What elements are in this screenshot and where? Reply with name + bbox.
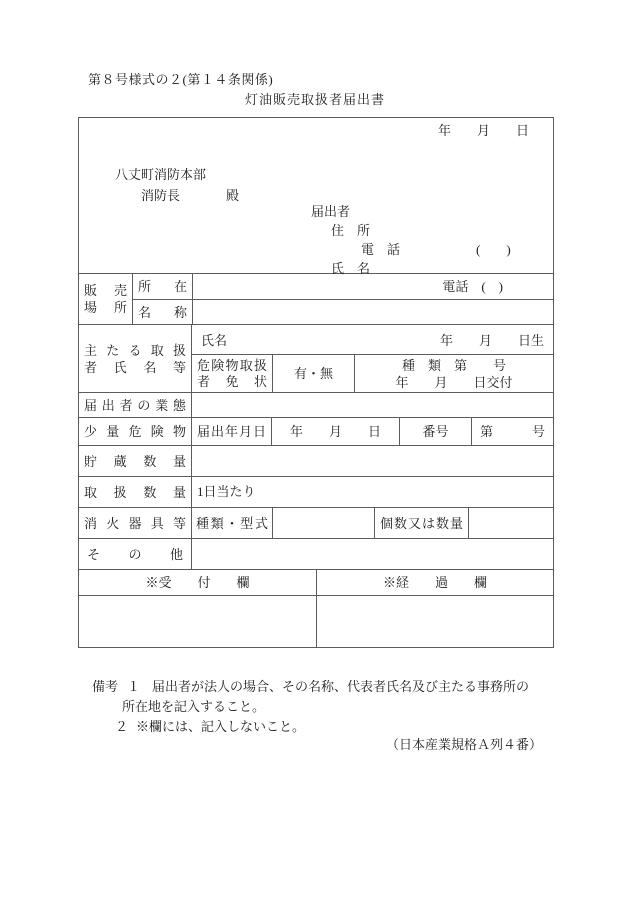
storage-quantity-field xyxy=(191,446,553,476)
page-title: 灯油販売取扱者届出書 xyxy=(78,89,552,108)
license-label-cell: 危険物取扱 者免状 xyxy=(192,355,272,392)
extinguisher-count-field xyxy=(468,508,553,538)
extinguisher-count-label-cell: 個数又は数量 xyxy=(374,508,468,538)
notifier-phone-label: 電 話 xyxy=(361,242,400,257)
report-number-field: 第 号 xyxy=(471,418,553,445)
reception-column-header: ※受 付 欄 xyxy=(79,570,316,595)
fire-extinguisher-row: 消火器具等 種類・型式 個数又は数量 xyxy=(79,507,553,538)
per-day-label: 1日当たり xyxy=(192,484,553,500)
license-detail-cell: 種 類 第 号 年 月 日交付 xyxy=(354,355,553,392)
honorific-dono: 殿 xyxy=(226,188,239,203)
remarks-heading: 備考 xyxy=(92,679,118,694)
office-use-header-row: ※受 付 欄 ※経 過 欄 xyxy=(79,569,553,595)
fire-chief-label: 消防長 xyxy=(141,188,180,203)
remark-1-number: １ xyxy=(127,679,140,694)
location-label-cell: 所在 xyxy=(133,274,192,299)
small-quantity-label: 少量危険物 xyxy=(79,418,191,445)
place-name-label-cell: 名称 xyxy=(133,300,192,324)
handling-quantity-row: 取扱数量 1日当たり xyxy=(79,476,553,507)
handling-quantity-label: 取扱数量 xyxy=(79,477,191,507)
extinguisher-type-label-cell: 種類・型式 xyxy=(191,508,272,538)
fire-extinguisher-label: 消火器具等 xyxy=(79,508,191,538)
business-type-field xyxy=(191,393,553,417)
sales-place-label: 販売 場所 xyxy=(79,274,132,324)
remark-2-number: ２ xyxy=(115,719,128,734)
extinguisher-type-field xyxy=(272,508,374,538)
remarks-block: 備考１届出者が法人の場合、その名称、代表者氏名及び主たる事務所の 所在地を記入す… xyxy=(92,677,558,737)
paper-size-note: （日本産業規格Ａ列４番） xyxy=(78,734,542,753)
report-date-label-cell: 届出年月日 xyxy=(191,418,271,445)
fire-hq-name: 八丈町消防本部 xyxy=(115,166,553,183)
handler-name-label: 氏名 xyxy=(201,330,227,349)
form-page: 第８号様式の２(第１４条関係) 灯油販売取扱者届出書 年 月 日 八丈町消防本部… xyxy=(0,0,630,903)
notification-form-table: 年 月 日 八丈町消防本部 消防長殿 届出者 住 所 電 話( ) 氏 名 販売 xyxy=(78,117,554,648)
progress-column-header: ※経 過 欄 xyxy=(316,570,553,595)
notifier-block: 届出者 住 所 電 話( ) 氏 名 xyxy=(311,202,511,278)
license-presence-cell: 有・無 xyxy=(272,355,354,392)
main-handler-rows: 主たる取扱 者氏名等 氏名 年 月 日生 危険物取扱 者免状 有・無 xyxy=(79,324,553,392)
storage-quantity-row: 貯蔵数量 xyxy=(79,445,553,476)
form-header-cell: 年 月 日 八丈町消防本部 消防長殿 届出者 住 所 電 話( ) 氏 名 xyxy=(79,118,553,273)
handling-quantity-field: 1日当たり xyxy=(191,477,553,507)
remark-item-1-line-2: 所在地を記入すること。 xyxy=(122,697,558,717)
reception-column-field xyxy=(79,596,316,647)
other-label: その他 xyxy=(79,539,191,569)
other-row: その他 xyxy=(79,538,553,569)
storage-quantity-label: 貯蔵数量 xyxy=(79,446,191,476)
notifier-name-label: 氏 名 xyxy=(331,259,511,278)
office-use-body-row xyxy=(79,595,553,647)
report-date-field: 年 月 日 xyxy=(271,418,399,445)
other-field xyxy=(191,539,553,569)
place-name-field xyxy=(192,300,553,324)
remark-item-1-line-1: 備考１届出者が法人の場合、その名称、代表者氏名及び主たる事務所の xyxy=(92,677,558,697)
small-quantity-row: 少量危険物 届出年月日 年 月 日 番号 第 号 xyxy=(79,417,553,445)
main-handler-label: 主たる取扱 者氏名等 xyxy=(79,325,191,392)
notifier-phone-line: 電 話( ) xyxy=(361,240,511,259)
business-type-label: 届出者の業態 xyxy=(79,393,191,417)
handler-name-field: 氏名 年 月 日生 xyxy=(192,325,553,354)
notifier-address-label: 住 所 xyxy=(331,221,511,240)
business-type-row: 届出者の業態 xyxy=(79,392,553,417)
submission-date-line: 年 月 日 xyxy=(79,118,553,139)
report-number-label-cell: 番号 xyxy=(399,418,471,445)
location-phone-label: 電話 ( ) xyxy=(193,279,553,295)
notifier-label: 届出者 xyxy=(311,202,511,221)
progress-column-field xyxy=(316,596,553,647)
sales-place-rows: 販売 場所 所在 電話 ( ) 名称 xyxy=(79,273,553,324)
form-number: 第８号様式の２(第１４条関係) xyxy=(88,69,273,88)
notifier-phone-paren: ( ) xyxy=(476,242,511,257)
handler-birthdate-label: 年 月 日生 xyxy=(440,330,544,349)
